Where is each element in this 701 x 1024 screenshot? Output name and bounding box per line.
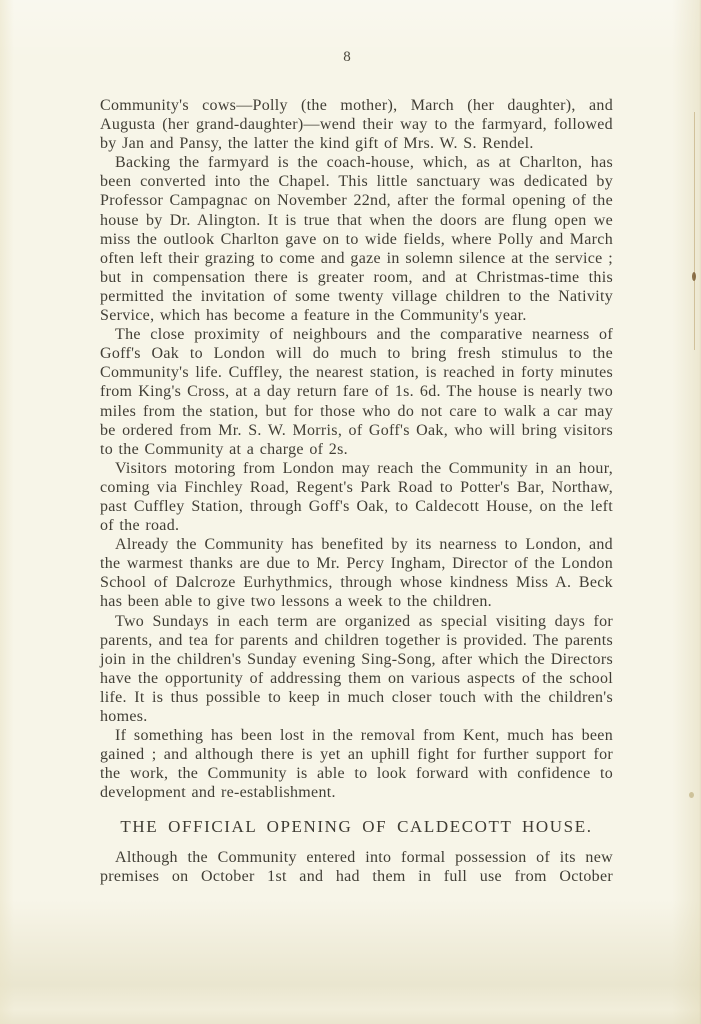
paper-speck	[692, 272, 696, 281]
paragraph-visitors-motoring: Visitors motoring from London may reach …	[100, 459, 613, 535]
paragraph-community-cows: Community's cows—Polly (the mother), Mar…	[100, 96, 613, 153]
paper-speck	[689, 792, 694, 798]
book-page: 8 Community's cows—Polly (the mother), M…	[0, 0, 701, 1024]
paragraph-goffs-oak-travel: The close proximity of neighbours and th…	[100, 325, 613, 459]
page-content: Community's cows—Polly (the mother), Mar…	[100, 96, 613, 886]
section-heading-official-opening: THE OFFICIAL OPENING OF CALDECOTT HOUSE.	[100, 817, 613, 836]
paragraph-coach-house-chapel: Backing the farmyard is the coach-house,…	[100, 153, 613, 325]
paragraph-october-possession: Although the Community entered into form…	[100, 848, 613, 886]
paragraph-visiting-sundays: Two Sundays in each term are organized a…	[100, 612, 613, 727]
paragraph-percy-ingham: Already the Community has benefited by i…	[100, 535, 613, 611]
paragraph-removal-from-kent: If something has been lost in the remova…	[100, 726, 613, 802]
page-number: 8	[100, 49, 594, 66]
page-edge-scratch	[694, 112, 695, 350]
